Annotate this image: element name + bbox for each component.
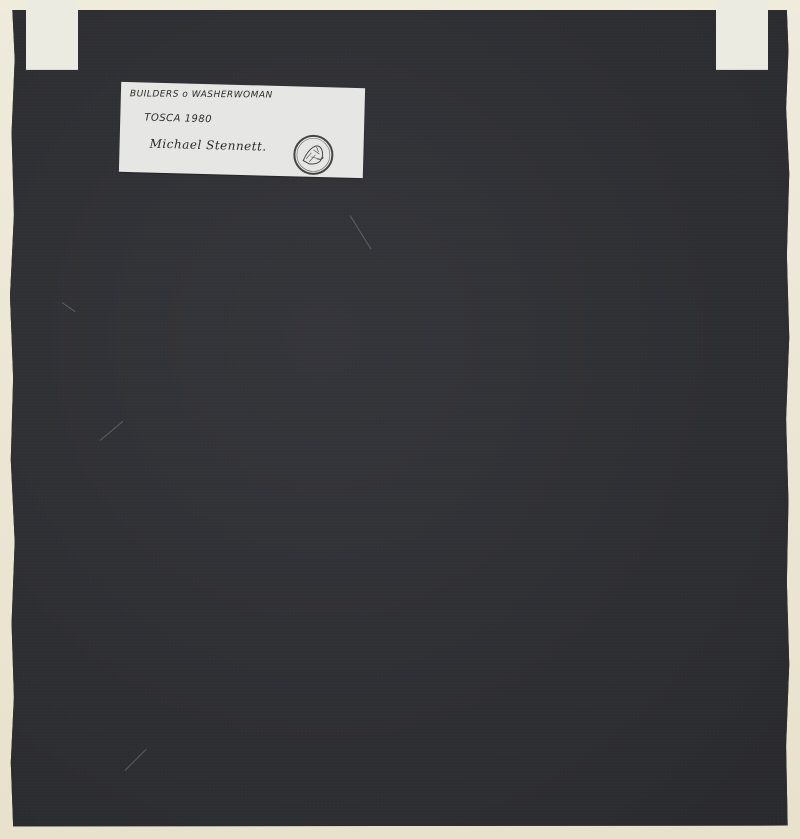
label-artist-signature: Michael Stennett.	[149, 137, 266, 154]
label-title: BUILDERS o WASHERWOMAN	[130, 89, 273, 100]
paper-scratch	[350, 215, 372, 249]
inscription-label: BUILDERS o WASHERWOMAN TOSCA 1980 Michae…	[119, 82, 365, 178]
paper-scratch	[100, 421, 124, 441]
paper-scratch	[62, 302, 76, 312]
tape-tab-right	[716, 0, 768, 70]
stamp-icon	[291, 132, 336, 177]
top-edge-strip	[0, 0, 800, 10]
tape-tab-left	[26, 0, 78, 70]
label-series-date: TOSCA 1980	[144, 112, 212, 125]
paper-scratch	[125, 749, 147, 771]
